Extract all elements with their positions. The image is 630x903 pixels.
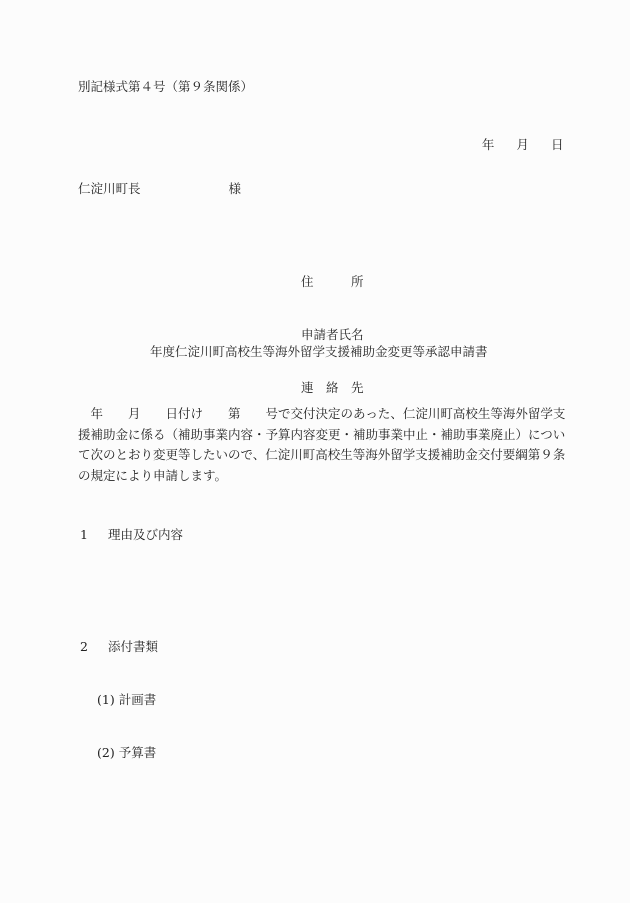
- document-title: 年度仁淀川町高校生等海外留学支援補助金変更等承認申請書: [150, 344, 488, 360]
- section-heading: 理由及び内容: [108, 527, 183, 542]
- section-attachments: 2添付書類 (1) 計画書 (2) 予算書: [80, 607, 158, 798]
- attachment-item: (2) 予算書: [80, 745, 158, 766]
- day-label: 日: [551, 137, 564, 153]
- body-line: 年 月 日付け 第 号で交付決定のあった、仁淀川町高校生等海外留学支: [78, 404, 558, 425]
- body-line: の規定により申請します。: [78, 466, 558, 487]
- body-paragraph: 年 月 日付け 第 号で交付決定のあった、仁淀川町高校生等海外留学支 援補助金に…: [78, 404, 558, 486]
- attachment-label: 計画書: [119, 692, 157, 707]
- section-heading: 添付書類: [108, 639, 158, 654]
- month-label: 月: [516, 137, 529, 153]
- attachment-label: 予算書: [119, 745, 157, 760]
- section-reason: 1理由及び内容: [80, 527, 183, 543]
- attachment-marker: (1): [97, 692, 115, 707]
- body-line: 援補助金に係る（補助事業内容・予算内容変更・補助事業中止・補助事業廃止）につい: [78, 425, 558, 446]
- attachment-marker: (2): [97, 745, 115, 760]
- applicant-contact-label: 連 絡 先: [301, 380, 364, 401]
- addressee: 仁淀川町長様: [78, 181, 241, 197]
- attachment-item: (1) 計画書: [80, 692, 158, 713]
- section-number: 2: [80, 639, 88, 654]
- addressee-honorific: 様: [229, 181, 242, 196]
- date-line: 年月日: [466, 121, 563, 169]
- body-line: て次のとおり変更等したいので、仁淀川町高校生等海外留学支援補助金交付要綱第９条: [78, 445, 558, 466]
- form-number: 別記様式第４号（第９条関係）: [78, 79, 253, 95]
- section-number: 1: [80, 527, 88, 542]
- year-label: 年: [482, 137, 495, 153]
- applicant-address-label: 住 所: [301, 274, 364, 295]
- addressee-name: 仁淀川町長: [78, 181, 141, 196]
